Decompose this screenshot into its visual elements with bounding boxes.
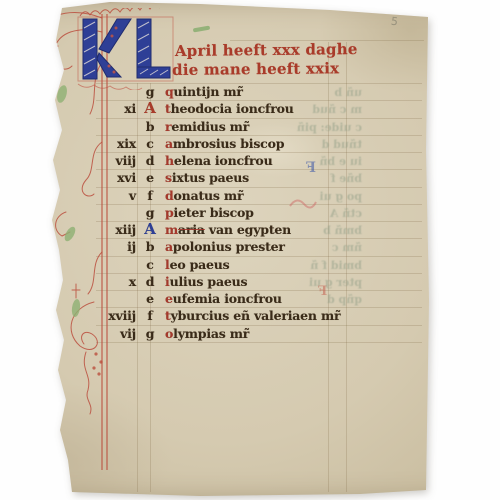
saint-name-cell: helena ioncfrou	[158, 152, 272, 169]
month-header: April heeft xxx daghe die mane heeft xxi…	[175, 40, 358, 80]
dominical-letter-cell: e	[142, 290, 158, 307]
dominical-letter-cell: d	[142, 152, 158, 169]
manuscript-leaf: 5 April heeft xxx daghe die mane heeft x…	[0, 0, 500, 500]
golden-number-cell: v	[96, 187, 142, 204]
dominical-letter-cell: f	[142, 187, 158, 204]
calendar-row: g quintijn mr̃	[96, 83, 430, 100]
calendar-row: g pieter biscop	[96, 204, 430, 221]
leaf-shadow-wrap: 5 April heeft xxx daghe die mane heeft x…	[0, 0, 500, 500]
lavender-ornament	[21, 208, 26, 224]
golden-number-cell: x	[96, 273, 142, 290]
golden-number-cell	[96, 83, 142, 100]
dominical-letter-cell: b	[142, 238, 158, 255]
dominical-letter-cell: g	[142, 204, 158, 221]
rubricated-initial: t	[165, 101, 171, 116]
dominical-letter-cell: d	[142, 273, 158, 290]
saint-name-cell: sixtus paeus	[158, 169, 249, 186]
saint-name-cell: eufemia ioncfrou	[158, 290, 282, 307]
calendar-row: xviij f tyburcius eñ valeriaen mr̃	[96, 307, 430, 324]
calendar-rows: g quintijn mr̃ xi A theodocia ioncfrou b…	[96, 83, 430, 342]
rubricated-initial: a	[165, 239, 173, 254]
dominical-letter-cell: e	[142, 169, 158, 186]
rubricated-initial: d	[165, 188, 174, 203]
dominical-letter-cell: g	[142, 325, 158, 342]
saint-name-cell: theodocia ioncfrou	[158, 100, 294, 117]
saint-name-cell: maria van egypten	[158, 221, 291, 238]
rubricated-initial: q	[165, 84, 174, 99]
golden-number-cell: xviij	[96, 307, 142, 324]
calendar-row: v f donatus mr̃	[96, 187, 430, 204]
rubricated-initial: a	[165, 136, 173, 151]
saint-name-cell: tyburcius eñ valeriaen mr̃	[158, 307, 340, 324]
golden-number-cell	[96, 256, 142, 273]
ruled-line	[96, 342, 422, 343]
saint-name-cell: donatus mr̃	[158, 187, 243, 204]
calendar-row: xvi e sixtus paeus	[96, 169, 430, 186]
saint-name-cell: iulius paeus	[158, 273, 247, 290]
dominical-letter-cell: A	[142, 100, 158, 117]
golden-number-cell	[96, 290, 142, 307]
golden-number-cell: xi	[96, 100, 142, 117]
golden-number-cell: xiij	[96, 221, 142, 238]
rubricated-initial: e	[165, 291, 173, 306]
dominical-letter-cell: c	[142, 256, 158, 273]
dominical-letter-cell: b	[142, 118, 158, 135]
rubricated-initial: p	[165, 205, 174, 220]
dominical-letter-cell: c	[142, 135, 158, 152]
rubricated-initial: s	[165, 170, 172, 185]
golden-number-cell: xvi	[96, 169, 142, 186]
saint-name-cell: quintijn mr̃	[158, 83, 243, 100]
saint-name-cell: apolonius prester	[158, 238, 285, 255]
golden-number-cell	[96, 204, 142, 221]
golden-number-cell: ij	[96, 238, 142, 255]
rubricated-initial: t	[165, 308, 171, 323]
photo-background: 5 April heeft xxx daghe die mane heeft x…	[0, 0, 500, 500]
green-leaf-ornament	[20, 141, 33, 159]
golden-number-cell: vij	[96, 325, 142, 342]
green-crescent-ornament	[43, 338, 52, 374]
calendar-row: x d iulius paeus	[96, 273, 430, 290]
calendar-row: xi A theodocia ioncfrou	[96, 100, 430, 117]
red-struck-word: aria	[178, 222, 205, 237]
rubricated-initial: m	[165, 222, 178, 237]
calendar-row: xix c ambrosius biscop	[96, 135, 430, 152]
rubricated-initial: i	[165, 274, 170, 289]
green-leaf-ornament	[52, 58, 60, 71]
calendar-row: xiij A maria van egypten	[96, 221, 430, 238]
saint-name-cell: olympias mr̃	[158, 325, 249, 342]
dominical-letter-cell: f	[142, 307, 158, 324]
dominical-letter-cell: g	[142, 83, 158, 100]
saint-name-cell: pieter biscop	[158, 204, 254, 221]
saint-name-cell: remidius mr̃	[158, 118, 249, 135]
calendar-row: b remidius mr̃	[96, 118, 430, 135]
golden-number-cell: viij	[96, 152, 142, 169]
calendar-row: e eufemia ioncfrou	[96, 290, 430, 307]
header-line-moon: die mane heeft xxix	[172, 59, 358, 80]
saint-name-cell: leo paeus	[158, 256, 230, 273]
rubricated-initial: r	[165, 119, 171, 134]
header-line-days: April heeft xxx daghe	[175, 40, 358, 61]
golden-number-cell	[96, 118, 142, 135]
calendar-row: ij b apolonius prester	[96, 238, 430, 255]
saint-name-cell: ambrosius biscop	[158, 135, 284, 152]
calendar-row: c leo paeus	[96, 256, 430, 273]
rubricated-initial: l	[165, 257, 170, 272]
golden-number-cell: xix	[96, 135, 142, 152]
calendar-row: vij g olympias mr̃	[96, 325, 430, 342]
dominical-letter-cell: A	[142, 221, 158, 238]
calendar-row: viij d helena ioncfrou	[96, 152, 430, 169]
lavender-ornament	[24, 314, 28, 330]
rubricated-initial: o	[165, 326, 173, 341]
rubricated-initial: h	[165, 153, 174, 168]
